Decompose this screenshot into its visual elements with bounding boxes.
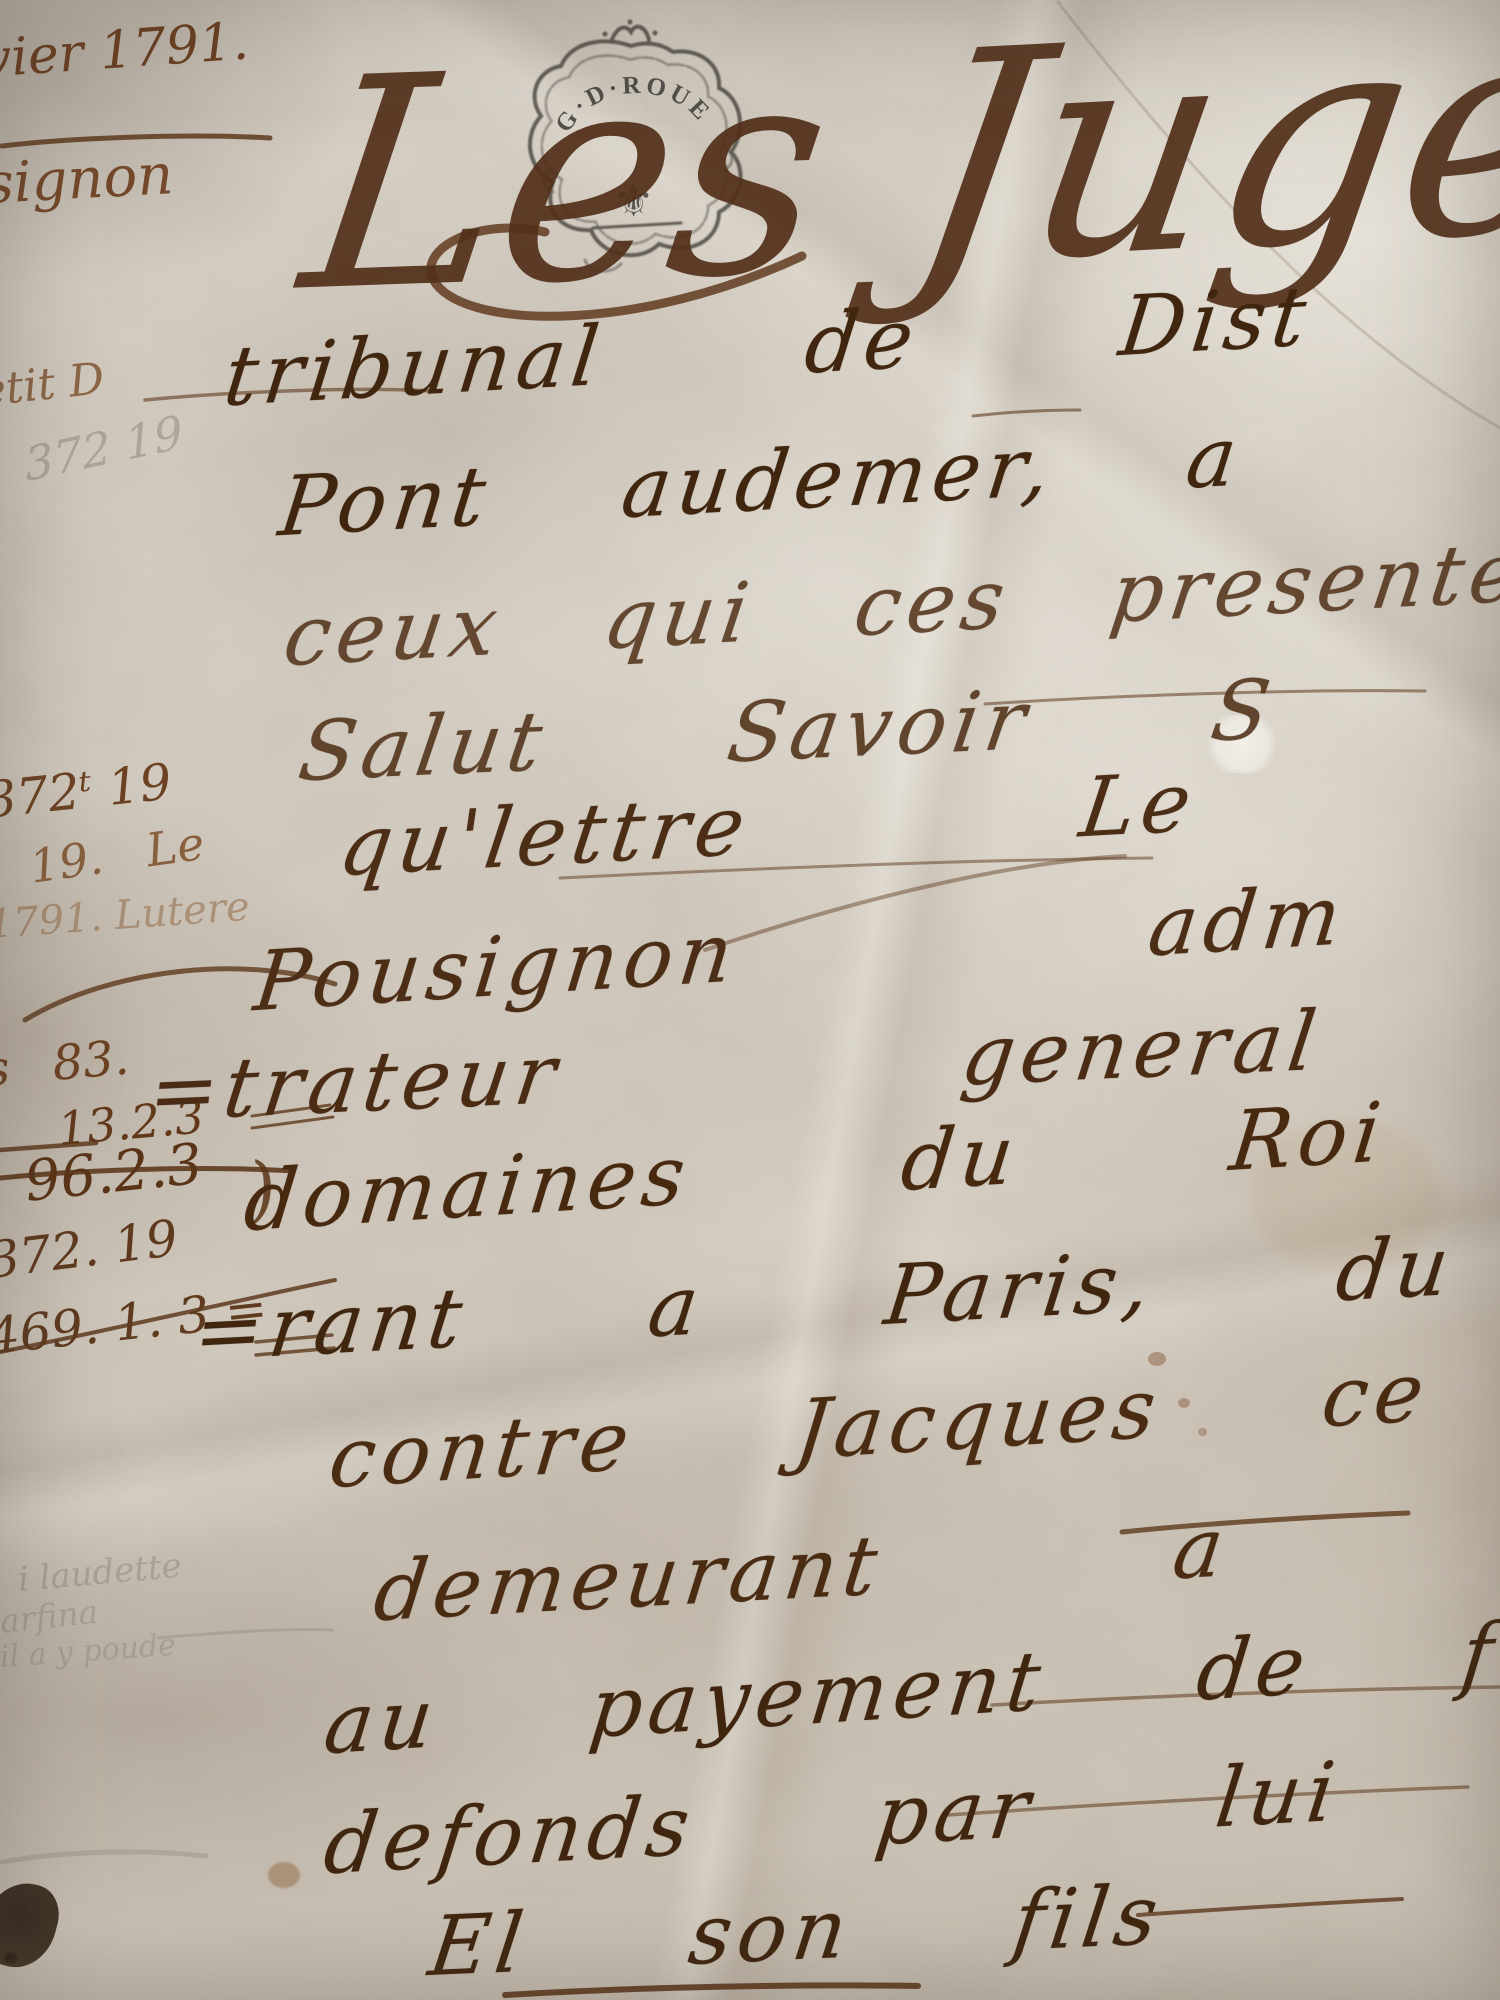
margin-note: etit D [0,353,107,417]
margin-note: 372ᵗ 19 [0,753,174,830]
margin-note: 372. 19 [0,1209,181,1290]
ink-blot-dot [4,1952,18,1964]
ink-smudge [268,1862,300,1888]
manuscript-line: Pont audemer, a [274,409,1248,555]
margin-note: 19. Le [26,816,207,894]
lui-underline [1138,1899,1402,1915]
corner-date: vier 1791. [0,11,250,89]
manuscript-line: ceux qui ces presente [278,525,1500,686]
margin-note: 372 19 [22,405,185,492]
margin-note: s 83. [0,1030,131,1098]
manuscript-line: contre Jacques ce [325,1344,1435,1507]
pencil-note: i laudette [16,1546,183,1600]
margin-note: 1791. Lutere [0,884,251,948]
margin-note: 96.2.3 [22,1132,206,1215]
corner-name: signon [0,142,175,217]
manuscript-photo: G·D·ROUEN ⚜ Les [0,0,1500,2000]
manuscript-line: El son fils [424,1868,1169,1996]
